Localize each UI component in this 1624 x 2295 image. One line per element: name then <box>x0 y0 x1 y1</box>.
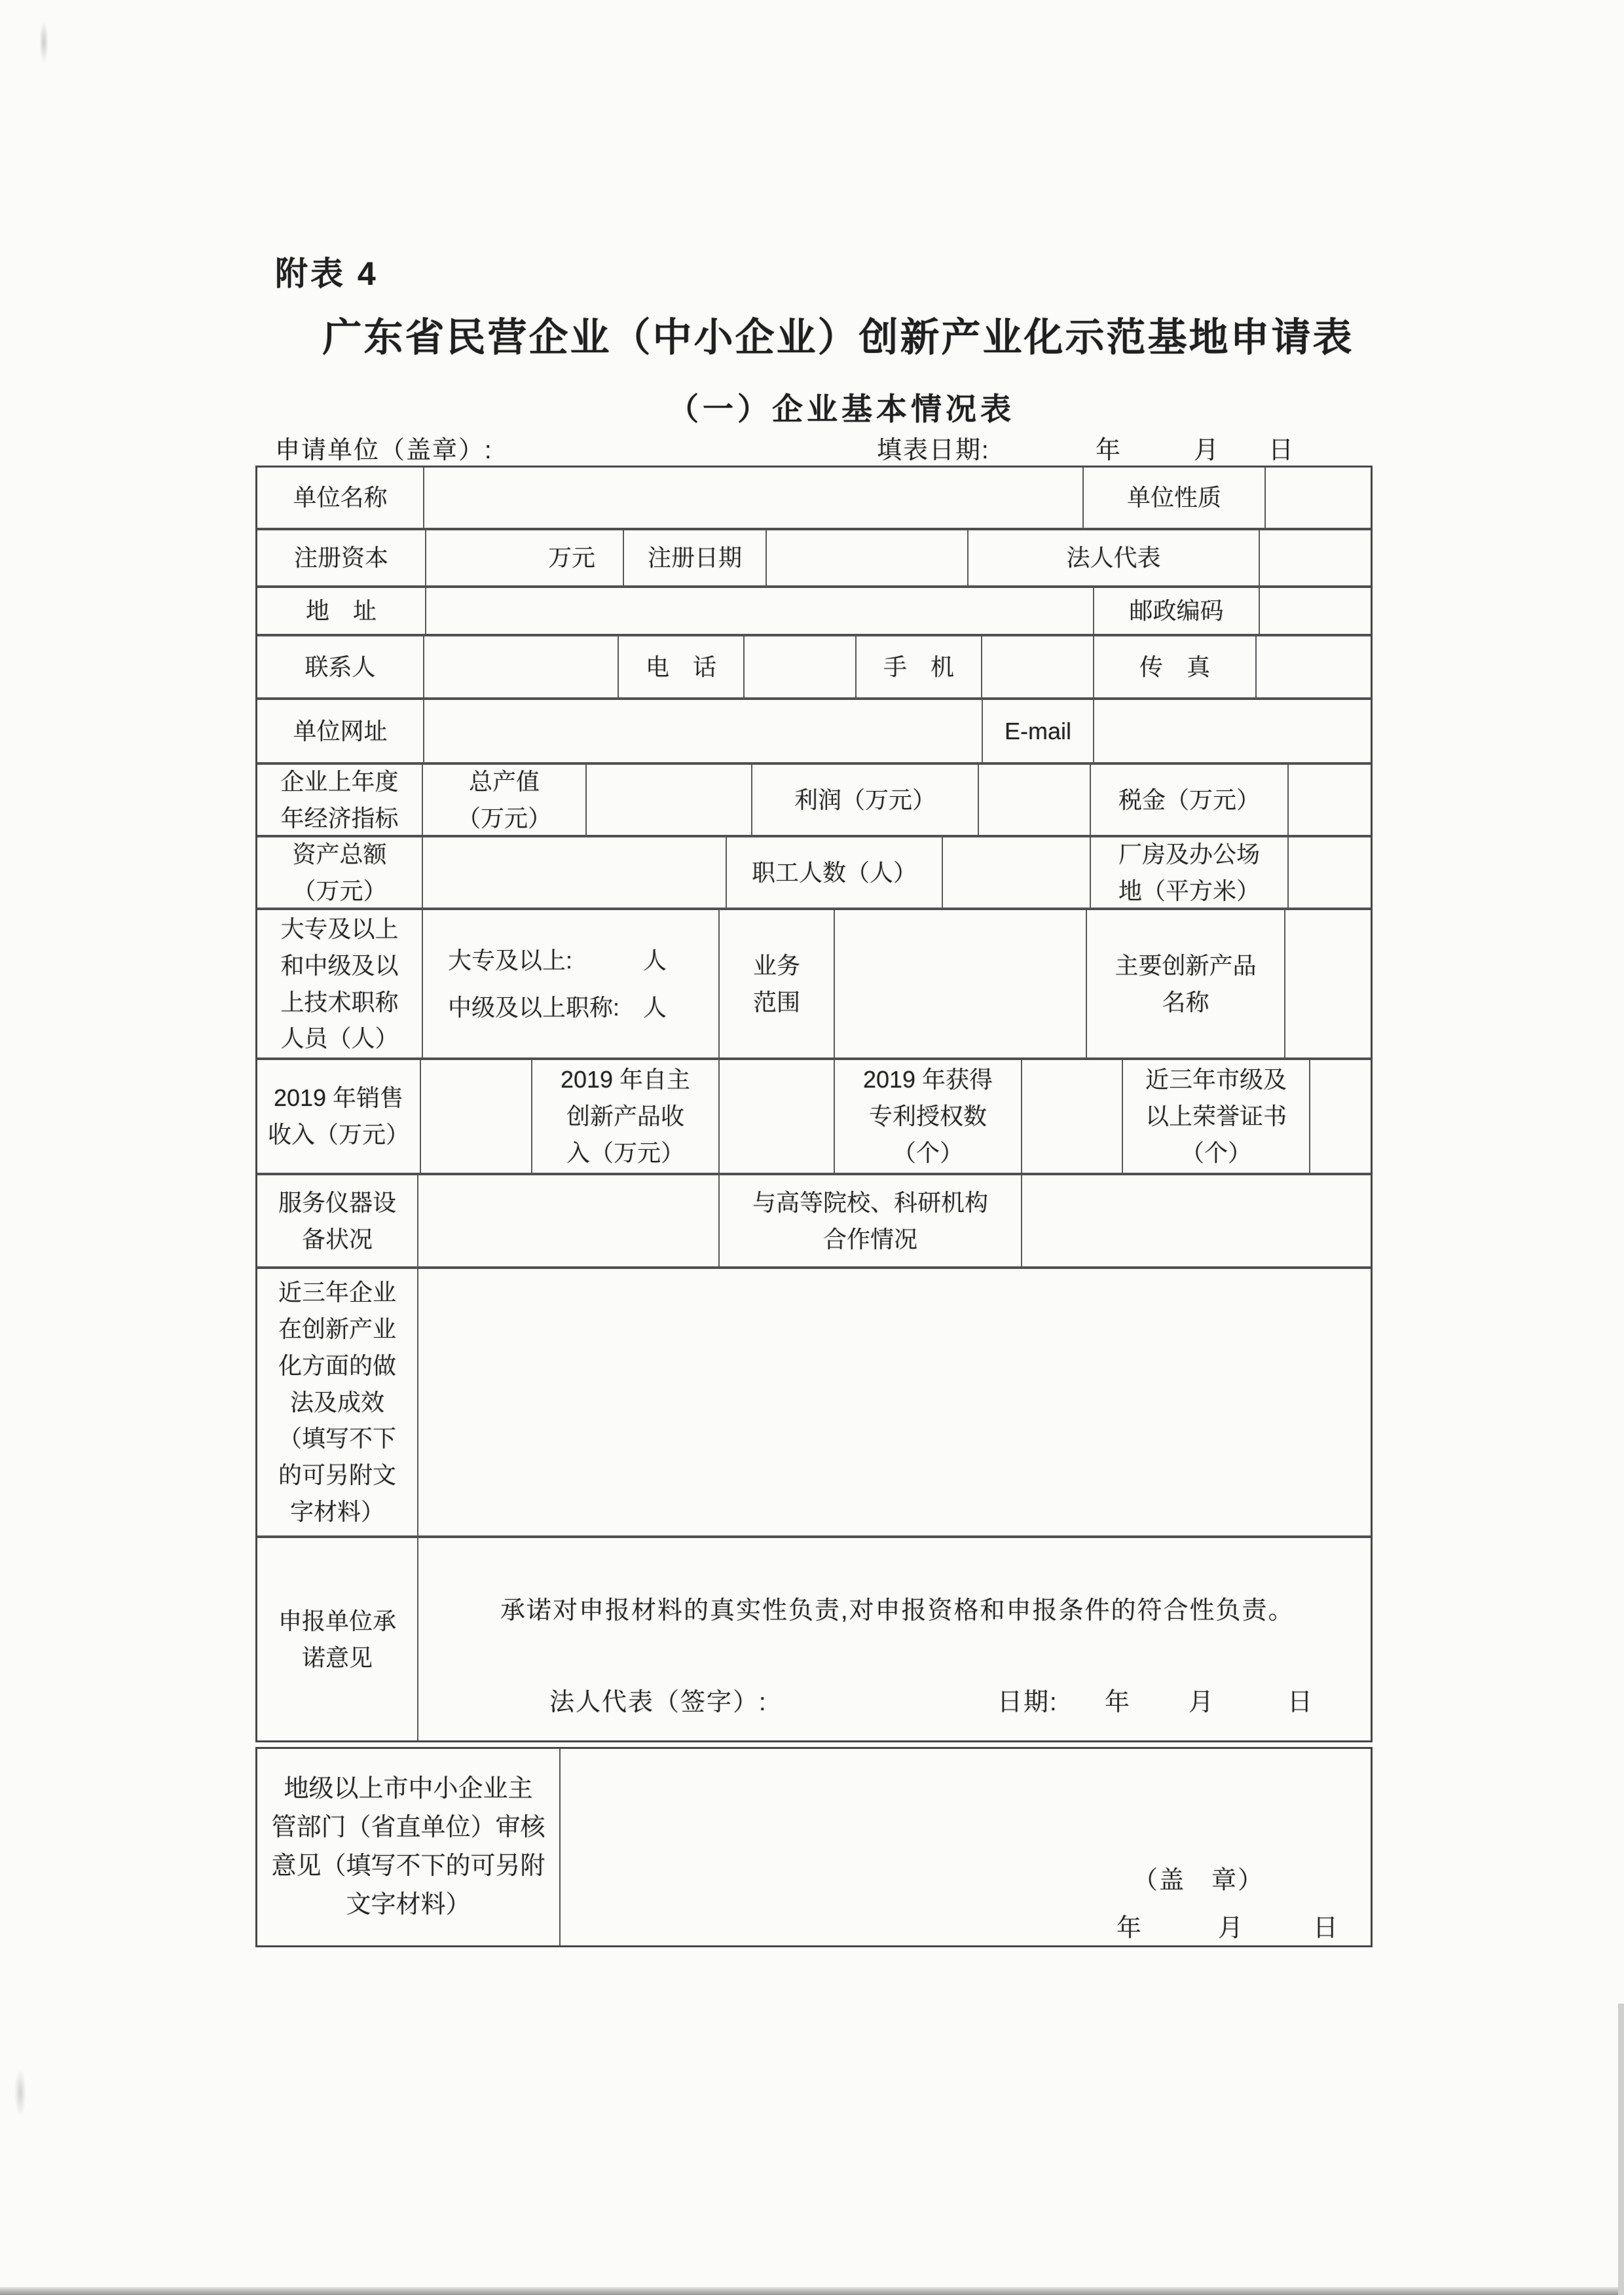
legal-rep-sign-label: 法人代表（签字）: <box>549 1683 767 1722</box>
table-row-contact: 联系人 电 话 手 机 传 真 <box>257 634 1371 697</box>
phone-label: 电 话 <box>618 636 743 697</box>
tax-label: 税金（万元） <box>1090 765 1287 835</box>
honor-certificates-label: 近三年市级及以上荣誉证书（个） <box>1122 1060 1309 1173</box>
appendix-label: 附表 4 <box>275 248 378 295</box>
commitment-month-label: 月 <box>1189 1683 1215 1722</box>
legal-rep-label: 法人代表 <box>967 530 1259 585</box>
review-day-label: 日 <box>1313 1909 1339 1948</box>
assets-value-cell <box>422 837 726 908</box>
form-title: 广东省民营企业（中小企业）创新产业化示范基地申请表 <box>0 306 1624 363</box>
mobile-label: 手 机 <box>855 636 981 697</box>
table-row-website: 单位网址 E-mail <box>257 697 1371 762</box>
table-row-review: 地级以上市中小企业主管部门（省直单位）审核 意见（填写不下的可另附文字材料） （… <box>257 1749 1371 1945</box>
phone-value-cell <box>743 636 855 697</box>
table-row-education: 大专及以上和中级及以 上技术职称人员（人） 大专及以上: 人中级及以上职称: 人… <box>257 908 1371 1057</box>
email-label: E-mail <box>982 700 1093 762</box>
main-products-label: 主要创新产品名称 <box>1086 910 1284 1057</box>
review-month-label: 月 <box>1218 1909 1244 1948</box>
output-value-label: 总产值（万元） <box>422 765 585 835</box>
contact-label: 联系人 <box>257 636 423 697</box>
sales-income-label: 2019 年销售收入（万元） <box>257 1060 420 1173</box>
business-scope-value-cell <box>834 910 1086 1057</box>
scan-edge-right <box>1618 2004 1624 2295</box>
profit-label: 利润（万元） <box>751 765 978 835</box>
profit-value-cell <box>978 765 1090 835</box>
scan-smudge-left <box>14 2069 26 2116</box>
cooperation-value-cell <box>1021 1175 1371 1266</box>
innovation-income-value-cell <box>718 1060 834 1173</box>
postcode-value-cell <box>1259 588 1371 634</box>
honor-certificates-value-cell <box>1309 1060 1371 1173</box>
commitment-year-label: 年 <box>1105 1683 1131 1722</box>
mobile-value-cell <box>981 636 1093 697</box>
reg-capital-value-cell: 万元 <box>425 530 623 585</box>
unit-name-label: 单位名称 <box>257 468 423 528</box>
unit-nature-label: 单位性质 <box>1082 468 1264 528</box>
staff-label: 职工人数（人） <box>726 837 942 908</box>
fill-date-label: 填表日期: <box>877 430 990 466</box>
legal-rep-value-cell <box>1259 530 1371 585</box>
table-row-address: 地 址 邮政编码 <box>257 585 1371 634</box>
address-value-cell <box>425 588 1093 634</box>
header-day-label: 日 <box>1268 430 1295 466</box>
website-value-cell <box>423 700 982 762</box>
table-row-practice: 近三年企业在创新产业 化方面的做法及成效 （填写不下的可另附文 字材料） <box>257 1266 1371 1535</box>
equipment-value-cell <box>417 1175 718 1266</box>
scanned-form-page: 附表 4 广东省民营企业（中小企业）创新产业化示范基地申请表 （一）企业基本情况… <box>0 0 1624 2295</box>
patent-count-label: 2019 年获得专利授权数（个） <box>834 1060 1021 1173</box>
commitment-day-label: 日 <box>1287 1683 1314 1722</box>
commitment-content-cell: 承诺对申报材料的真实性负责,对申报资格和申报条件的符合性负责。 法人代表（签字）… <box>417 1538 1371 1740</box>
innovation-income-label: 2019 年自主创新产品收入（万元） <box>531 1060 718 1173</box>
assets-label: 资产总额（万元） <box>257 837 422 908</box>
equipment-label: 服务仪器设备状况 <box>257 1175 417 1266</box>
commitment-date-label: 日期: <box>997 1683 1058 1722</box>
unit-name-value-cell <box>423 468 1082 528</box>
table-row-unit-name: 单位名称 单位性质 <box>257 468 1371 528</box>
basic-info-table: 单位名称 单位性质 注册资本 万元 注册日期 法人代表 地 址 邮政编码 联系人 <box>255 466 1373 1742</box>
table-row-equipment: 服务仪器设备状况 与高等院校、科研机构合作情况 <box>257 1173 1371 1266</box>
table-row-economic: 企业上年度年经济指标 总产值（万元） 利润（万元） 税金（万元） <box>257 762 1371 835</box>
tax-value-cell <box>1287 765 1371 835</box>
table-row-assets: 资产总额（万元） 职工人数（人） 厂房及办公场地（平方米） <box>257 835 1371 908</box>
table-row-2019-indicators: 2019 年销售收入（万元） 2019 年自主创新产品收入（万元） 2019 年… <box>257 1057 1371 1173</box>
premises-value-cell <box>1287 837 1371 908</box>
sales-income-value-cell <box>420 1060 531 1173</box>
header-year-label: 年 <box>1096 430 1122 466</box>
practice-value-cell <box>417 1269 1371 1535</box>
econ-label: 企业上年度年经济指标 <box>257 765 422 835</box>
review-content-cell: （盖 章） 年 月 日 <box>559 1749 1371 1945</box>
applicant-seal-label: 申请单位（盖章）: <box>275 430 493 466</box>
education-fill-cell: 大专及以上: 人中级及以上职称: 人 <box>422 910 718 1057</box>
address-label: 地 址 <box>257 588 425 634</box>
main-products-value-cell <box>1284 910 1371 1057</box>
practice-label: 近三年企业在创新产业 化方面的做法及成效 （填写不下的可另附文 字材料） <box>257 1269 417 1535</box>
table-row-commitment: 申报单位承诺意见 承诺对申报材料的真实性负责,对申报资格和申报条件的符合性负责。… <box>257 1535 1371 1740</box>
form-subtitle: （一）企业基本情况表 <box>0 385 1624 429</box>
contact-value-cell <box>423 636 618 697</box>
review-year-label: 年 <box>1116 1909 1143 1948</box>
table-row-registration: 注册资本 万元 注册日期 法人代表 <box>257 528 1371 585</box>
scan-edge-bottom <box>0 2287 1624 2295</box>
review-table: 地级以上市中小企业主管部门（省直单位）审核 意见（填写不下的可另附文字材料） （… <box>255 1747 1373 1947</box>
cooperation-label: 与高等院校、科研机构合作情况 <box>718 1175 1021 1266</box>
business-scope-label: 业务范围 <box>718 910 834 1057</box>
reg-capital-label: 注册资本 <box>257 530 425 585</box>
unit-nature-value-cell <box>1264 468 1371 528</box>
review-seal-label: （盖 章） <box>1133 1862 1264 1900</box>
reg-date-value-cell <box>766 530 967 585</box>
output-value-cell <box>585 765 751 835</box>
header-month-label: 月 <box>1194 430 1220 466</box>
postcode-label: 邮政编码 <box>1093 588 1259 634</box>
staff-value-cell <box>942 837 1090 908</box>
review-label: 地级以上市中小企业主管部门（省直单位）审核 意见（填写不下的可另附文字材料） <box>257 1749 559 1945</box>
fax-value-cell <box>1255 636 1371 697</box>
reg-date-label: 注册日期 <box>623 530 766 585</box>
website-label: 单位网址 <box>257 700 423 762</box>
commitment-statement: 承诺对申报材料的真实性负责,对申报资格和申报条件的符合性负责。 <box>500 1592 1295 1630</box>
patent-count-value-cell <box>1021 1060 1122 1173</box>
fax-label: 传 真 <box>1093 636 1255 697</box>
scan-smudge-topleft <box>39 21 48 63</box>
premises-label: 厂房及办公场地（平方米） <box>1090 837 1287 908</box>
commitment-label: 申报单位承诺意见 <box>257 1538 417 1740</box>
email-value-cell <box>1093 700 1371 762</box>
wan-yuan-unit-label: 万元 <box>548 540 595 576</box>
education-label: 大专及以上和中级及以 上技术职称人员（人） <box>257 910 422 1057</box>
